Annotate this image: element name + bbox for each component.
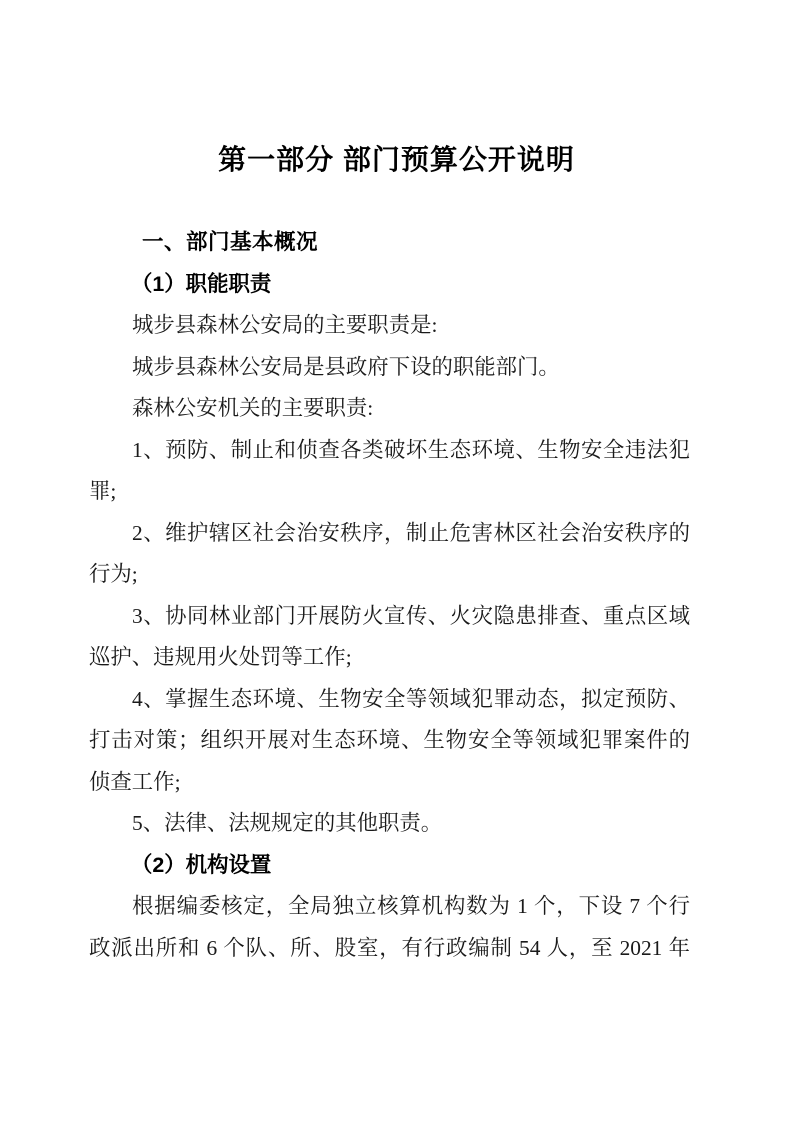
text-line: 5、法律、法规规定的其他职责。 [89,803,690,845]
text-line: 根据编委核定，全局独立核算机构数为 1 个，下设 7 个行 [89,886,690,928]
text-line: 罪; [89,471,690,513]
text-line: 城步县森林公安局是县政府下设的职能部门。 [89,347,690,389]
paragraph: 2、维护辖区社会治安秩序，制止危害林区社会治安秩序的行为; [89,513,690,596]
text-line: 4、掌握生态环境、生物安全等领域犯罪动态，拟定预防、 [89,679,690,721]
text-line: 侦查工作; [89,762,690,804]
text-line: 城步县森林公安局的主要职责是: [89,305,690,347]
paragraph: 根据编委核定，全局独立核算机构数为 1 个，下设 7 个行政派出所和 6 个队、… [89,886,690,969]
text-line: 打击对策；组织开展对生态环境、生物安全等领域犯罪案件的 [89,720,690,762]
text-line: 巡护、违规用火处罚等工作; [89,637,690,679]
text-line: 2、维护辖区社会治安秩序，制止危害林区社会治安秩序的 [89,513,690,555]
document-page: 第一部分 部门预算公开说明 一、部门基本概况（1）职能职责城步县森林公安局的主要… [0,0,793,1122]
text-line: 3、协同林业部门开展防火宣传、火灾隐患排查、重点区域 [89,596,690,638]
subsection-heading: （1）职能职责 [89,264,690,306]
paragraph: 5、法律、法规规定的其他职责。 [89,803,690,845]
paragraph: 1、预防、制止和侦查各类破坏生态环境、生物安全违法犯罪; [89,430,690,513]
paragraph: 4、掌握生态环境、生物安全等领域犯罪动态，拟定预防、打击对策；组织开展对生态环境… [89,679,690,804]
paragraph: 3、协同林业部门开展防火宣传、火灾隐患排查、重点区域巡护、违规用火处罚等工作; [89,596,690,679]
section-heading: 一、部门基本概况 [89,222,690,264]
text-line: 森林公安机关的主要职责: [89,388,690,430]
paragraph: 城步县森林公安局的主要职责是: [89,305,690,347]
document-title: 第一部分 部门预算公开说明 [0,140,793,180]
text-line: 政派出所和 6 个队、所、股室，有行政编制 54 人，至 2021 年 [89,928,690,970]
document-body: 一、部门基本概况（1）职能职责城步县森林公安局的主要职责是:城步县森林公安局是县… [89,222,690,969]
paragraph: 森林公安机关的主要职责: [89,388,690,430]
subsection-heading: （2）机构设置 [89,845,690,887]
text-line: 行为; [89,554,690,596]
paragraph: 城步县森林公安局是县政府下设的职能部门。 [89,347,690,389]
text-line: 1、预防、制止和侦查各类破坏生态环境、生物安全违法犯 [89,430,690,472]
